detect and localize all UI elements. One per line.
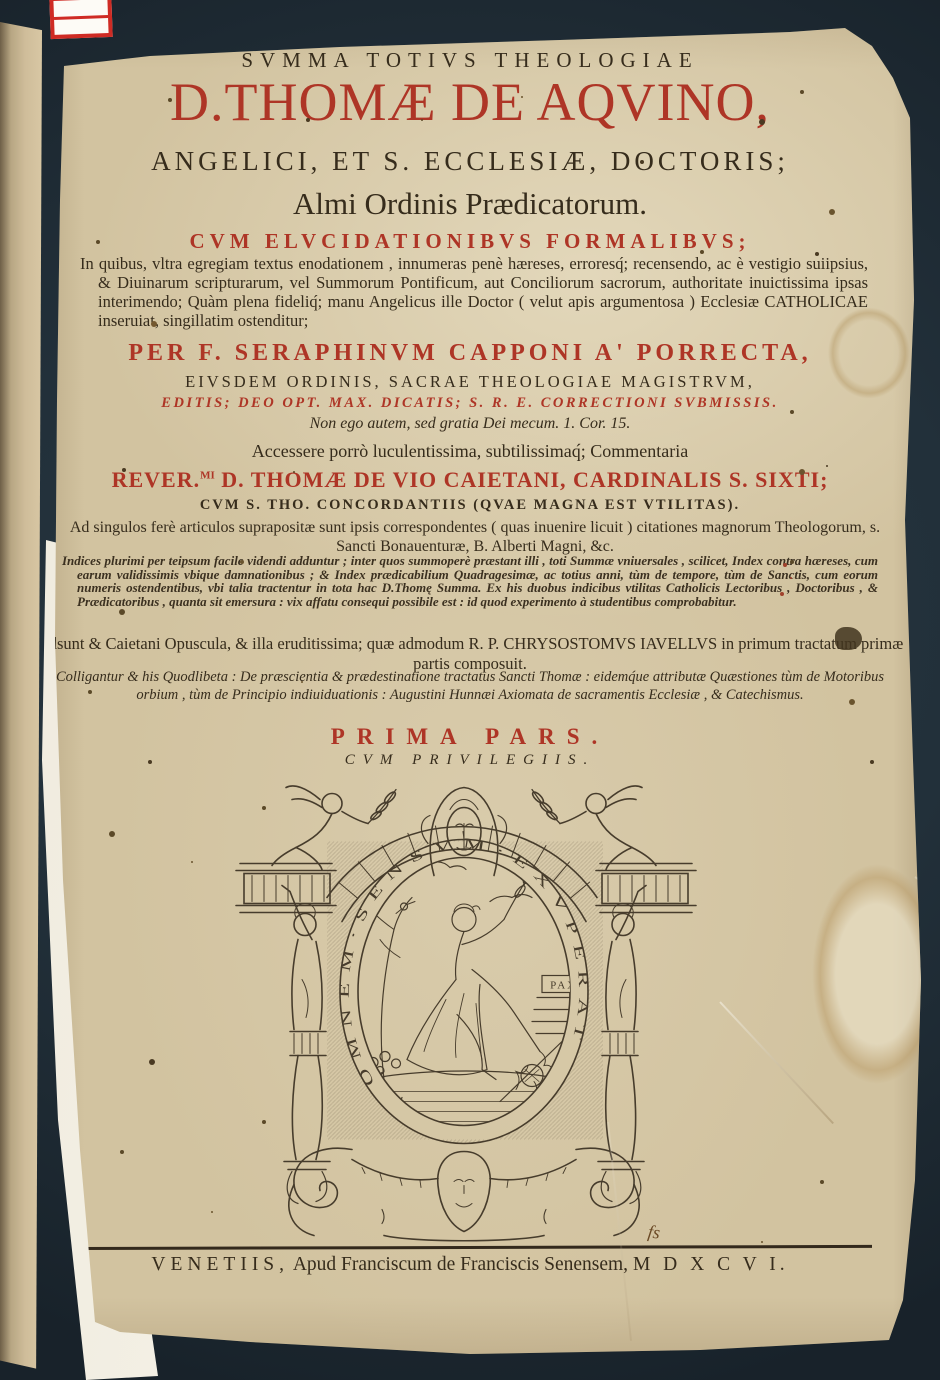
author-line: PER F. SERAPHINVM CAPPONI A' PORRECTA, (30, 340, 910, 367)
author-subline: EIVSDEM ORDINIS, SACRAE THEOLOGIAE MAGIS… (30, 372, 910, 392)
imprint-rule (60, 1245, 872, 1250)
imprint-city: VENETIIS, (151, 1254, 289, 1275)
subtitle-ordinis: Almi Ordinis Prædicatorum. (30, 186, 910, 222)
photo-of-book-title-page: SVMMA TOTIVS THEOLOGIAE D.THOMÆ DE AQVIN… (0, 0, 940, 1380)
opuscula-paragraph: Adsunt & Caietani Opuscula, & illa erudi… (30, 634, 910, 673)
water-stain (798, 840, 940, 1108)
imprint-line: VENETIIS, Apud Franciscum de Franciscis … (30, 1254, 910, 1276)
strapwork-base (289, 1148, 639, 1241)
privilege-line: CVM PRIVILEGIIS. (30, 752, 910, 769)
dedication-line: EDITIS; DEO OPT. MAX. DICATIS; S. R. E. … (30, 395, 910, 412)
indices-paragraph: Indices plurimi per teipsum facile viden… (62, 554, 878, 608)
main-title: D.THOMÆ DE AQVINO, (30, 74, 910, 131)
scripture-quote: Non ego autem, sed gratia Dei mecum. 1. … (30, 415, 910, 433)
section-heading: CVM ELVCIDATIONIBVS FORMALIBVS; (30, 229, 910, 254)
ring-stain (815, 293, 923, 413)
cajetan-superscript: MI (200, 470, 215, 482)
elucidation-paragraph: In quibus, vltra egregiam textus enodati… (80, 254, 868, 330)
title-page: SVMMA TOTIVS THEOLOGIAE D.THOMÆ DE AQVIN… (0, 0, 940, 1380)
red-striped-bookmark (49, 0, 112, 39)
commentary-intro: Accessere porrò luculentissima, subtilis… (30, 441, 910, 462)
printer-device-engraving: OMNEM·SENSVM·EXVPERAT (232, 778, 708, 1246)
subtitle-doctoris: ANGELICI, ET S. ECCLESIÆ, DOCTORIS; (30, 146, 910, 177)
series-title: SVMMA TOTIVS THEOLOGIAE (30, 48, 910, 73)
citations-paragraph: Ad singulos ferè articulos suprapositæ s… (60, 518, 890, 556)
concordance-line: CVM S. THO. CONCORDANTIIS (QVAE MAGNA ES… (30, 497, 910, 514)
facing-flyleaf-edge (0, 22, 42, 1374)
part-heading: PRIMA PARS. (30, 724, 910, 750)
foxing-spots (0, 0, 4, 4)
cajetan-line: REVER.MI D. THOMÆ DE VIO CAIETANI, CARDI… (30, 467, 910, 493)
quodlibeta-paragraph: Colligantur & his Quodlibeta : De præsci… (50, 669, 890, 704)
ink-blot (835, 627, 862, 650)
cajetan-prefix: REVER. (112, 467, 201, 492)
imprint-publisher: Apud Franciscum de Franciscis Senensem, (289, 1254, 633, 1275)
cajetan-rest: D. THOMÆ DE VIO CAIETANI, CARDINALIS S. … (215, 467, 829, 492)
imprint-year: M D X C V I. (633, 1254, 789, 1275)
bookmark-stripe (54, 15, 108, 20)
